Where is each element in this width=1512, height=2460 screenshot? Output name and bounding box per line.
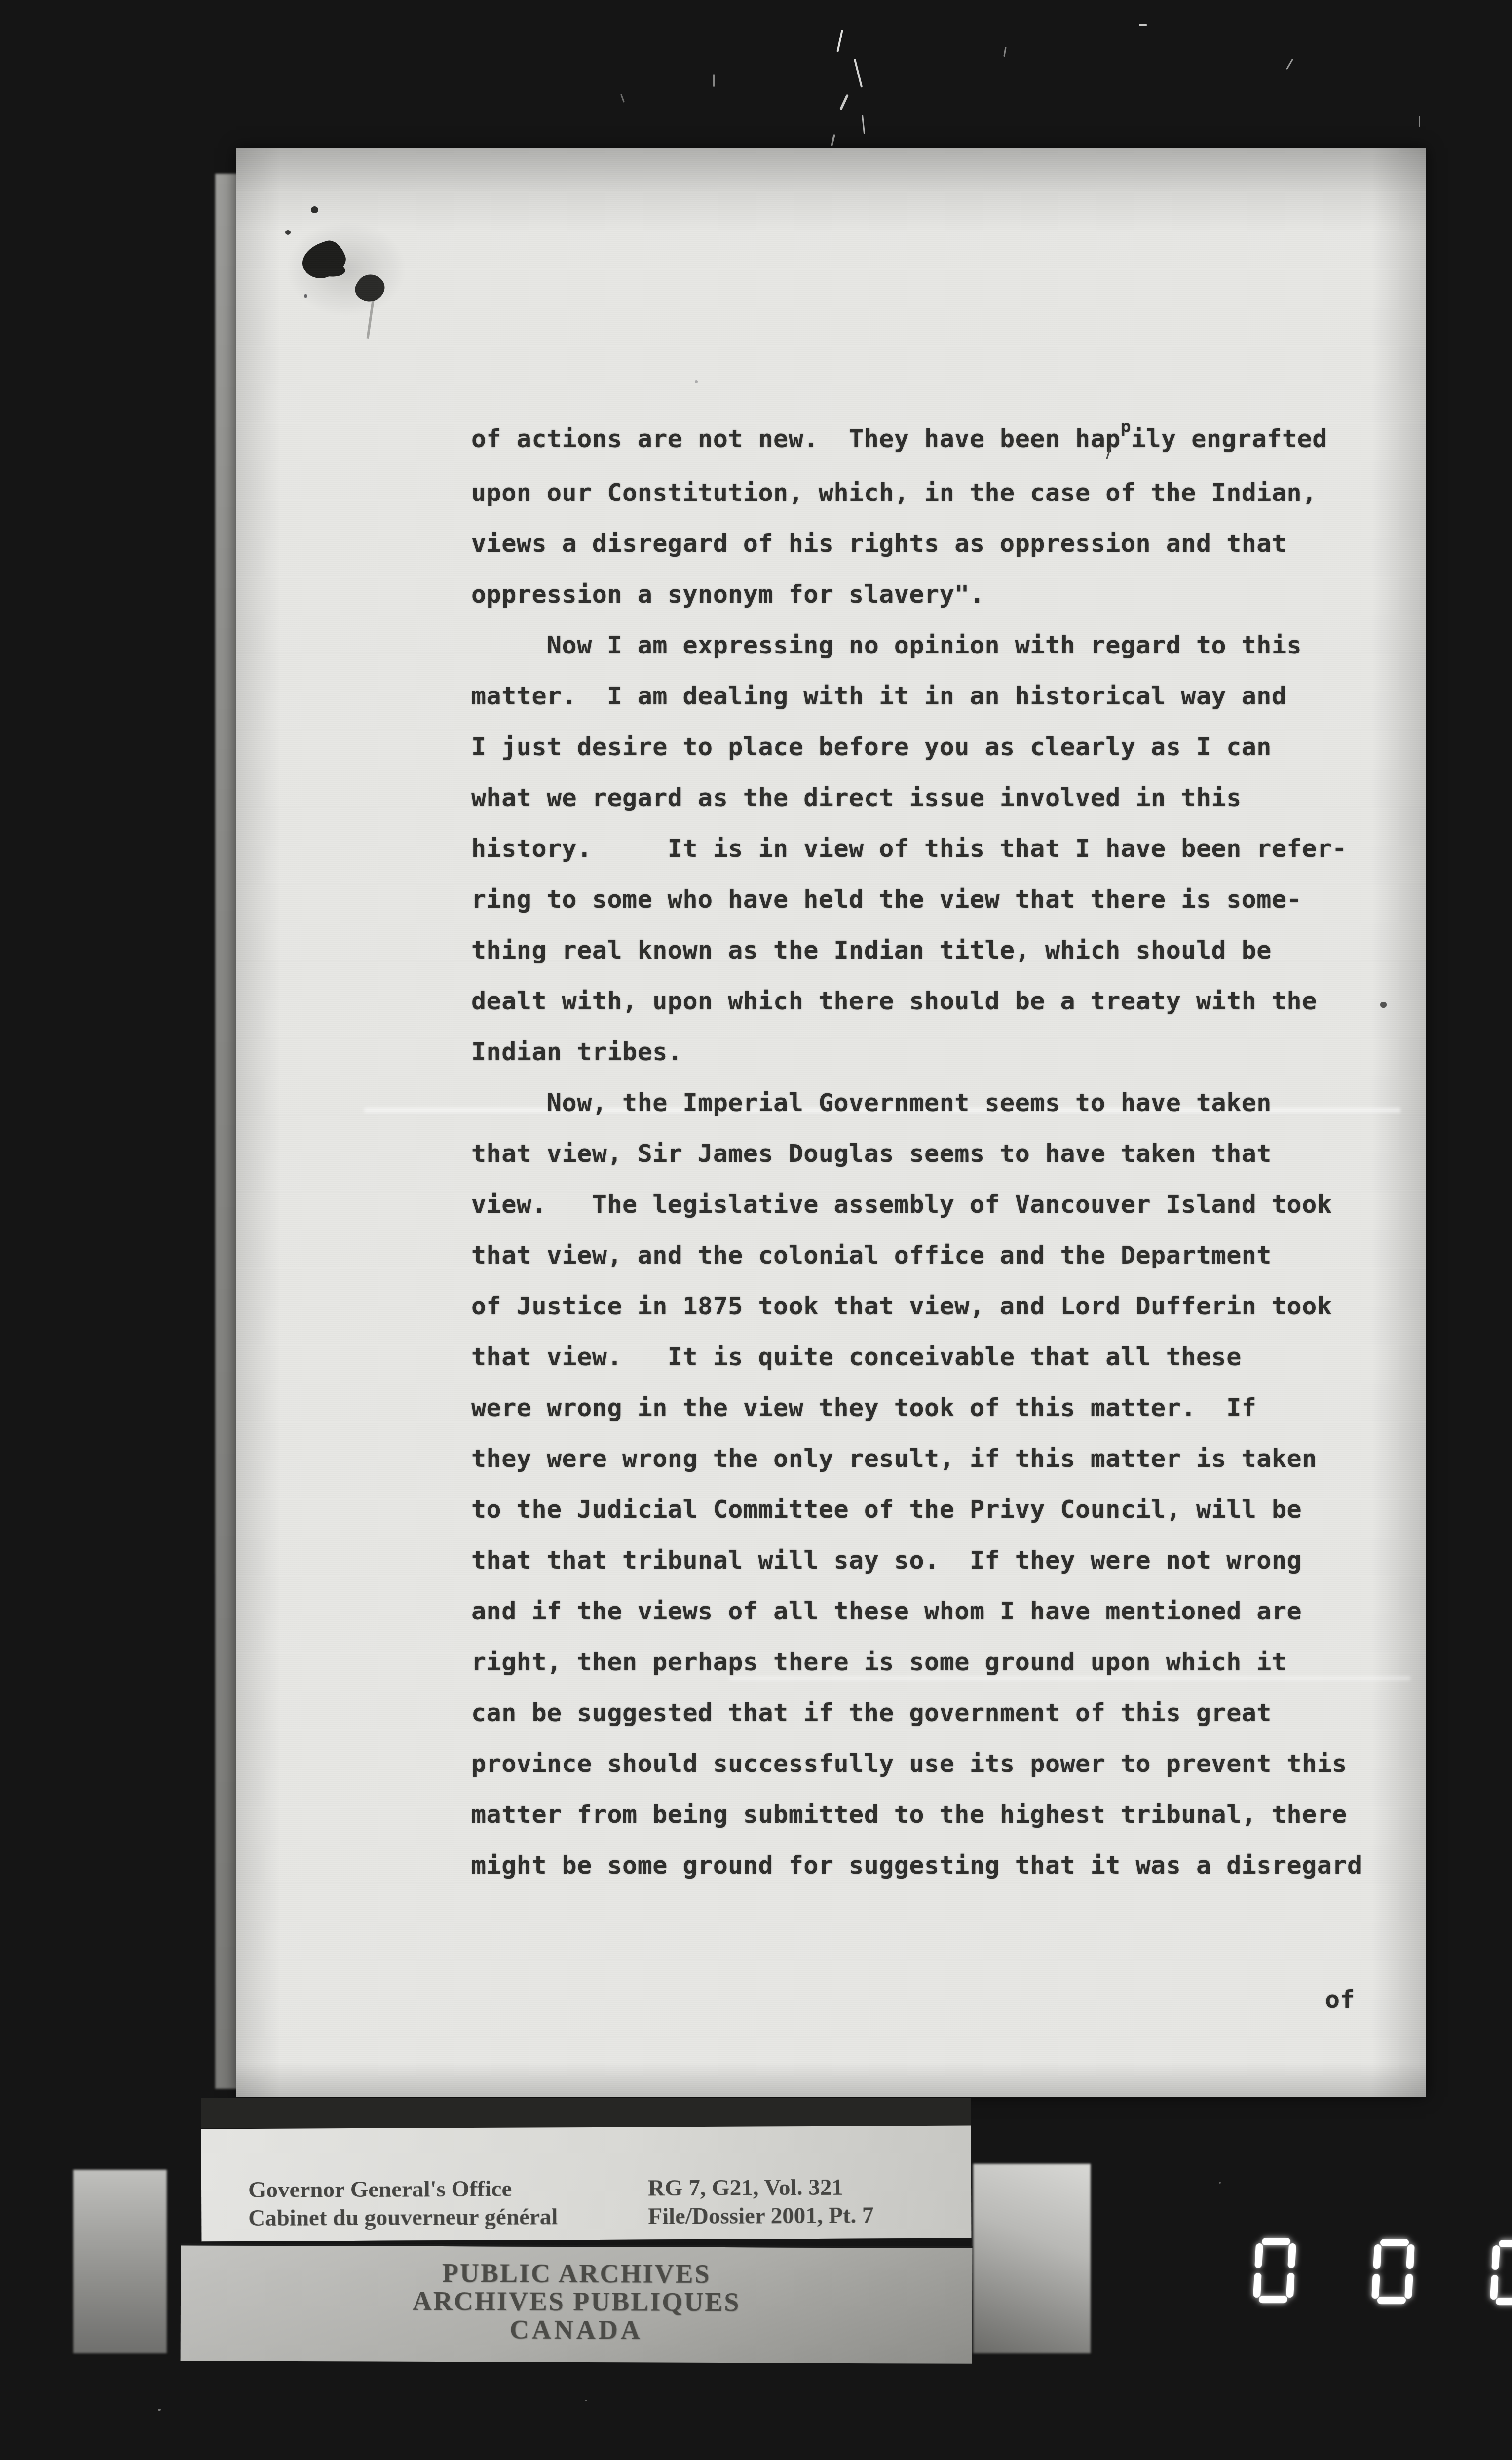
- stamp-line-fr: ARCHIVES PUBLIQUES: [181, 2286, 972, 2317]
- typed-line: upon our Constitution, which, in the cas…: [471, 467, 1389, 518]
- typed-line: Now, the Imperial Government seems to ha…: [471, 1077, 1389, 1128]
- film-scratch: [1139, 24, 1147, 26]
- typed-line: of actions are not new. They have been h…: [471, 414, 1389, 467]
- typed-line: to the Judicial Committee of the Privy C…: [471, 1484, 1389, 1535]
- catchword: of: [1325, 1985, 1355, 2014]
- archive-label-card: Governor General's Office Cabinet du gou…: [201, 2126, 971, 2245]
- typed-line: matter. I am dealing with it in an histo…: [471, 671, 1389, 722]
- film-scratch: [1419, 116, 1420, 127]
- ink-dot: [285, 230, 291, 235]
- document-page: of actions are not new. They have been h…: [236, 148, 1426, 2097]
- film-dust: [1219, 2182, 1221, 2184]
- seven-segment-digit: [1253, 2238, 1297, 2303]
- film-dust: [158, 2409, 161, 2411]
- typed-line: that view. It is quite conceivable that …: [471, 1332, 1389, 1383]
- stamp-line-canada: CANADA: [181, 2314, 972, 2345]
- typed-line-segment: ily engrafted: [1131, 424, 1327, 453]
- paper-speck: [695, 380, 698, 383]
- typed-line: matter from being submitted to the highe…: [471, 1789, 1389, 1840]
- film-scratch: [1003, 47, 1006, 57]
- film-scratch: [1286, 59, 1293, 70]
- seven-segment-digit: [1371, 2239, 1415, 2304]
- typed-line-segment: of actions are not new. They have been h…: [471, 424, 1121, 453]
- typed-line: oppression a synonym for slavery".: [471, 569, 1389, 620]
- typed-line: of Justice in 1875 took that view, and L…: [471, 1281, 1389, 1332]
- typed-line: that view, Sir James Douglas seems to ha…: [471, 1128, 1389, 1179]
- film-frame-strip-left: [73, 2170, 167, 2353]
- paper-shading: [236, 148, 280, 2097]
- typed-line: what we regard as the direct issue invol…: [471, 772, 1389, 823]
- typed-line: that that tribunal will say so. If they …: [471, 1535, 1389, 1586]
- typed-line: I just desire to place before you as cle…: [471, 722, 1389, 772]
- typed-line: thing real known as the Indian title, wh…: [471, 925, 1389, 976]
- film-scratch: [620, 94, 625, 103]
- typed-line: might be some ground for suggesting that…: [471, 1840, 1389, 1891]
- film-scratch: [713, 74, 715, 87]
- typed-line: were wrong in the view they took of this…: [471, 1383, 1389, 1433]
- typed-line: ring to some who have held the view that…: [471, 874, 1389, 925]
- office-name-fr: Cabinet du gouverneur général: [248, 2203, 558, 2232]
- typed-line: view. The legislative assembly of Vancou…: [471, 1179, 1389, 1230]
- typed-line: history. It is in view of this that I ha…: [471, 823, 1389, 874]
- typed-text: of actions are not new. They have been h…: [471, 414, 1389, 1891]
- microfilm-frame: of actions are not new. They have been h…: [0, 0, 1512, 2460]
- film-scratch: [831, 134, 835, 146]
- ink-dot: [311, 206, 318, 213]
- film-scratch: [836, 30, 843, 52]
- film-dust: [585, 2400, 587, 2401]
- film-frame-strip-right: [973, 2164, 1091, 2353]
- typed-line: and if the views of all these whom I hav…: [471, 1586, 1389, 1637]
- stamp-line-en: PUBLIC ARCHIVES: [181, 2258, 972, 2289]
- typed-line: dealt with, upon which there should be a…: [471, 976, 1389, 1027]
- film-scratch: [862, 115, 865, 134]
- inserted-letter: p: [1121, 417, 1131, 437]
- office-name-en: Governor General's Office: [248, 2175, 558, 2204]
- under-sheet-edge: [215, 174, 238, 2089]
- typed-line: province should successfully use its pow…: [471, 1738, 1389, 1789]
- typed-line: views a disregard of his rights as oppre…: [471, 518, 1389, 569]
- film-scratch: [839, 94, 849, 111]
- seven-segment-digit: [1490, 2240, 1512, 2305]
- ink-dot: [304, 294, 307, 298]
- typed-line: Indian tribes.: [471, 1027, 1389, 1077]
- typed-line: right, then perhaps there is some ground…: [471, 1637, 1389, 1688]
- label-card-shadow: [201, 2098, 971, 2128]
- typed-line: that view, and the colonial office and t…: [471, 1230, 1389, 1281]
- public-archives-stamp: PUBLIC ARCHIVES ARCHIVES PUBLIQUES CANAD…: [181, 2243, 973, 2364]
- film-scratch: [854, 58, 863, 87]
- record-group-reference: RG 7, G21, Vol. 321: [648, 2173, 874, 2202]
- paper-shading: [236, 2062, 1426, 2097]
- paper-shading: [236, 148, 1426, 237]
- typed-line: they were wrong the only result, if this…: [471, 1433, 1389, 1484]
- typed-line: Now I am expressing no opinion with rega…: [471, 620, 1389, 671]
- typed-line: can be suggested that if the government …: [471, 1688, 1389, 1738]
- file-dossier-reference: File/Dossier 2001, Pt. 7: [648, 2201, 874, 2230]
